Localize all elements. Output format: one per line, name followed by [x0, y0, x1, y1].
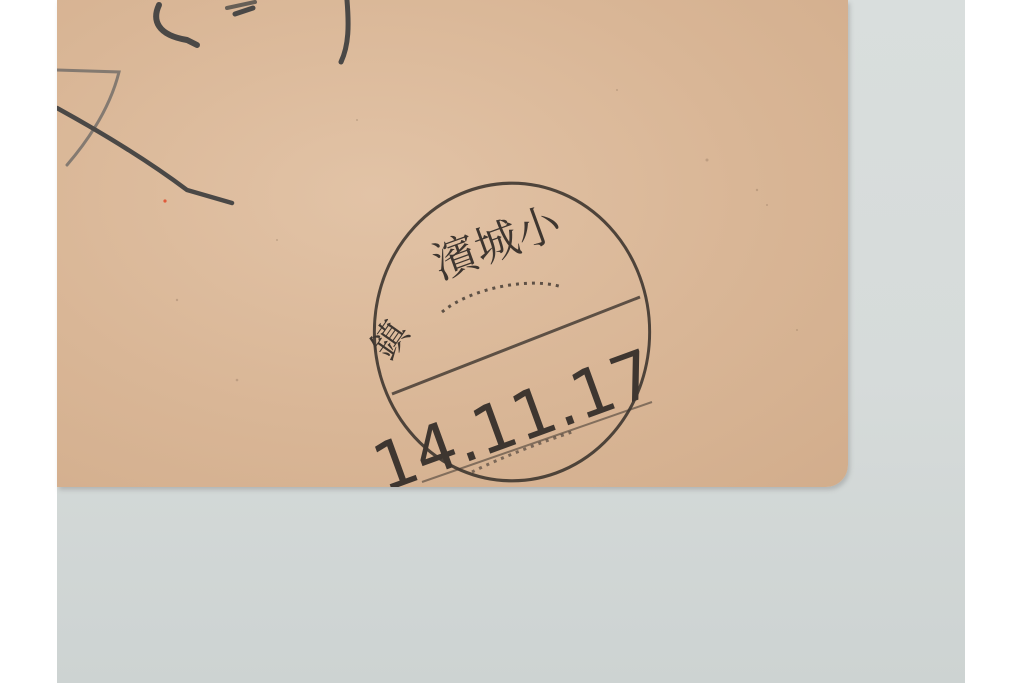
postmark-date: 14.11.17 — [363, 334, 666, 487]
postmark: 濱城小 鎮 14.11.17 — [363, 183, 666, 487]
postmark-left-char: 鎮 — [363, 312, 418, 367]
postcard: 濱城小 鎮 14.11.17 — [57, 0, 848, 487]
red-dot — [163, 199, 166, 202]
postmark-place-text: 濱城小 — [426, 196, 568, 289]
postcard-markings: 濱城小 鎮 14.11.17 — [57, 0, 848, 487]
handwriting-strokes — [57, 0, 348, 203]
